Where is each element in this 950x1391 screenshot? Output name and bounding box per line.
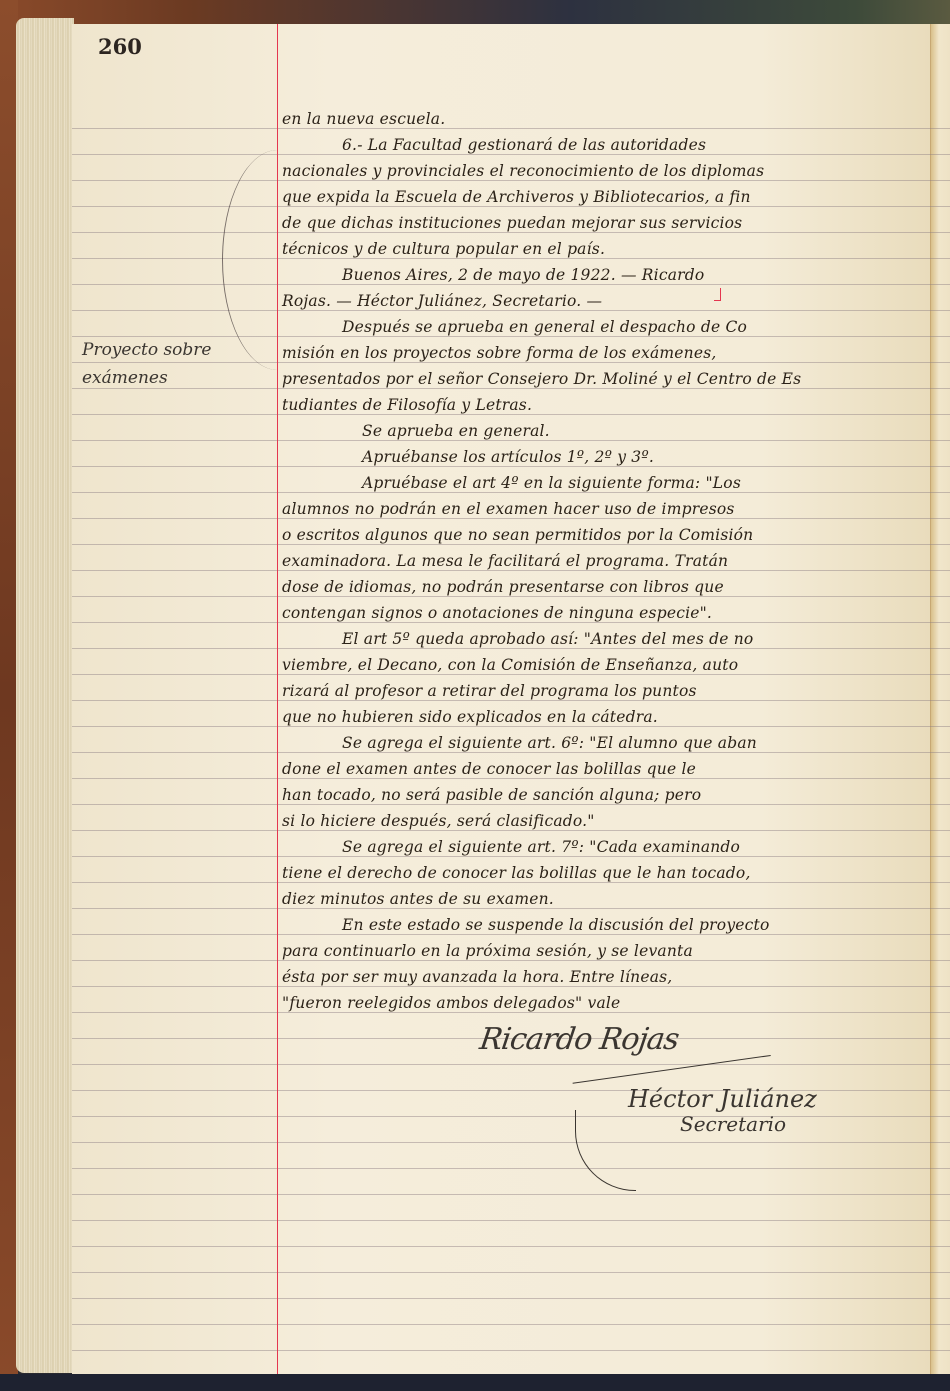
text-line: que expida la Escuela de Archiveros y Bi… <box>282 184 922 210</box>
scan-background-bottom <box>0 1374 950 1391</box>
margin-note: Proyecto sobre exámenes <box>82 336 272 392</box>
text-line: El art 5º queda aprobado así: "Antes del… <box>282 626 922 652</box>
text-line: alumnos no podrán en el examen hacer uso… <box>282 496 922 522</box>
text-line: Después se aprueba en general el despach… <box>282 314 922 340</box>
text-line: "fueron reelegidos ambos delegados" vale <box>282 990 922 1016</box>
text-line: viembre, el Decano, con la Comisión de E… <box>282 652 922 678</box>
text-line: misión en los proyectos sobre forma de l… <box>282 340 922 366</box>
book-cover-top <box>0 0 950 26</box>
text-line: Se agrega el siguiente art. 7º: "Cada ex… <box>282 834 922 860</box>
signature-title-secretario: Secretario <box>680 1112 786 1136</box>
text-line: contengan signos o anotaciones de ningun… <box>282 600 922 626</box>
text-line: dose de idiomas, no podrán presentarse c… <box>282 574 922 600</box>
text-line: tiene el derecho de conocer las bolillas… <box>282 860 922 886</box>
text-line: tudiantes de Filosofía y Letras. <box>282 392 922 418</box>
text-line: diez minutos antes de su examen. <box>282 886 922 912</box>
margin-note-line: Proyecto sobre <box>82 336 272 364</box>
page-number: 260 <box>98 34 142 59</box>
text-line: para continuarlo en la próxima sesión, y… <box>282 938 922 964</box>
text-line: o escritos algunos que no sean permitido… <box>282 522 922 548</box>
text-line: rizará al profesor a retirar del program… <box>282 678 922 704</box>
text-line: en la nueva escuela. <box>282 106 922 132</box>
margin-note-line: exámenes <box>82 364 272 392</box>
text-line: 6.- La Facultad gestionará de las autori… <box>282 132 922 158</box>
signature-hector-julianez: Héctor Juliánez <box>628 1085 817 1113</box>
text-line: Rojas. — Héctor Juliánez, Secretario. — <box>282 288 922 314</box>
text-line: si lo hiciere después, será clasificado.… <box>282 808 922 834</box>
text-line: Apruébase el art 4º en la siguiente form… <box>282 470 922 496</box>
text-line: ésta por ser muy avanzada la hora. Entre… <box>282 964 922 990</box>
text-line: han tocado, no será pasible de sanción a… <box>282 782 922 808</box>
text-line: examinadora. La mesa le facilitará el pr… <box>282 548 922 574</box>
text-line: Apruébanse los artículos 1º, 2º y 3º. <box>282 444 922 470</box>
text-line: de que dichas instituciones puedan mejor… <box>282 210 922 236</box>
text-line: Se agrega el siguiente art. 6º: "El alum… <box>282 730 922 756</box>
text-line: técnicos y de cultura popular en el país… <box>282 236 922 262</box>
text-line: done el examen antes de conocer las boli… <box>282 756 922 782</box>
handwritten-minutes-text: en la nueva escuela. 6.- La Facultad ges… <box>282 106 922 1016</box>
text-line: presentados por el señor Consejero Dr. M… <box>282 366 922 392</box>
text-line: Buenos Aires, 2 de mayo de 1922. — Ricar… <box>282 262 922 288</box>
text-line: Se aprueba en general. <box>282 418 922 444</box>
text-line: que no hubieren sido explicados en la cá… <box>282 704 922 730</box>
text-line: En este estado se suspende la discusión … <box>282 912 922 938</box>
page-edges-stack <box>16 18 74 1373</box>
text-line: nacionales y provinciales el reconocimie… <box>282 158 922 184</box>
